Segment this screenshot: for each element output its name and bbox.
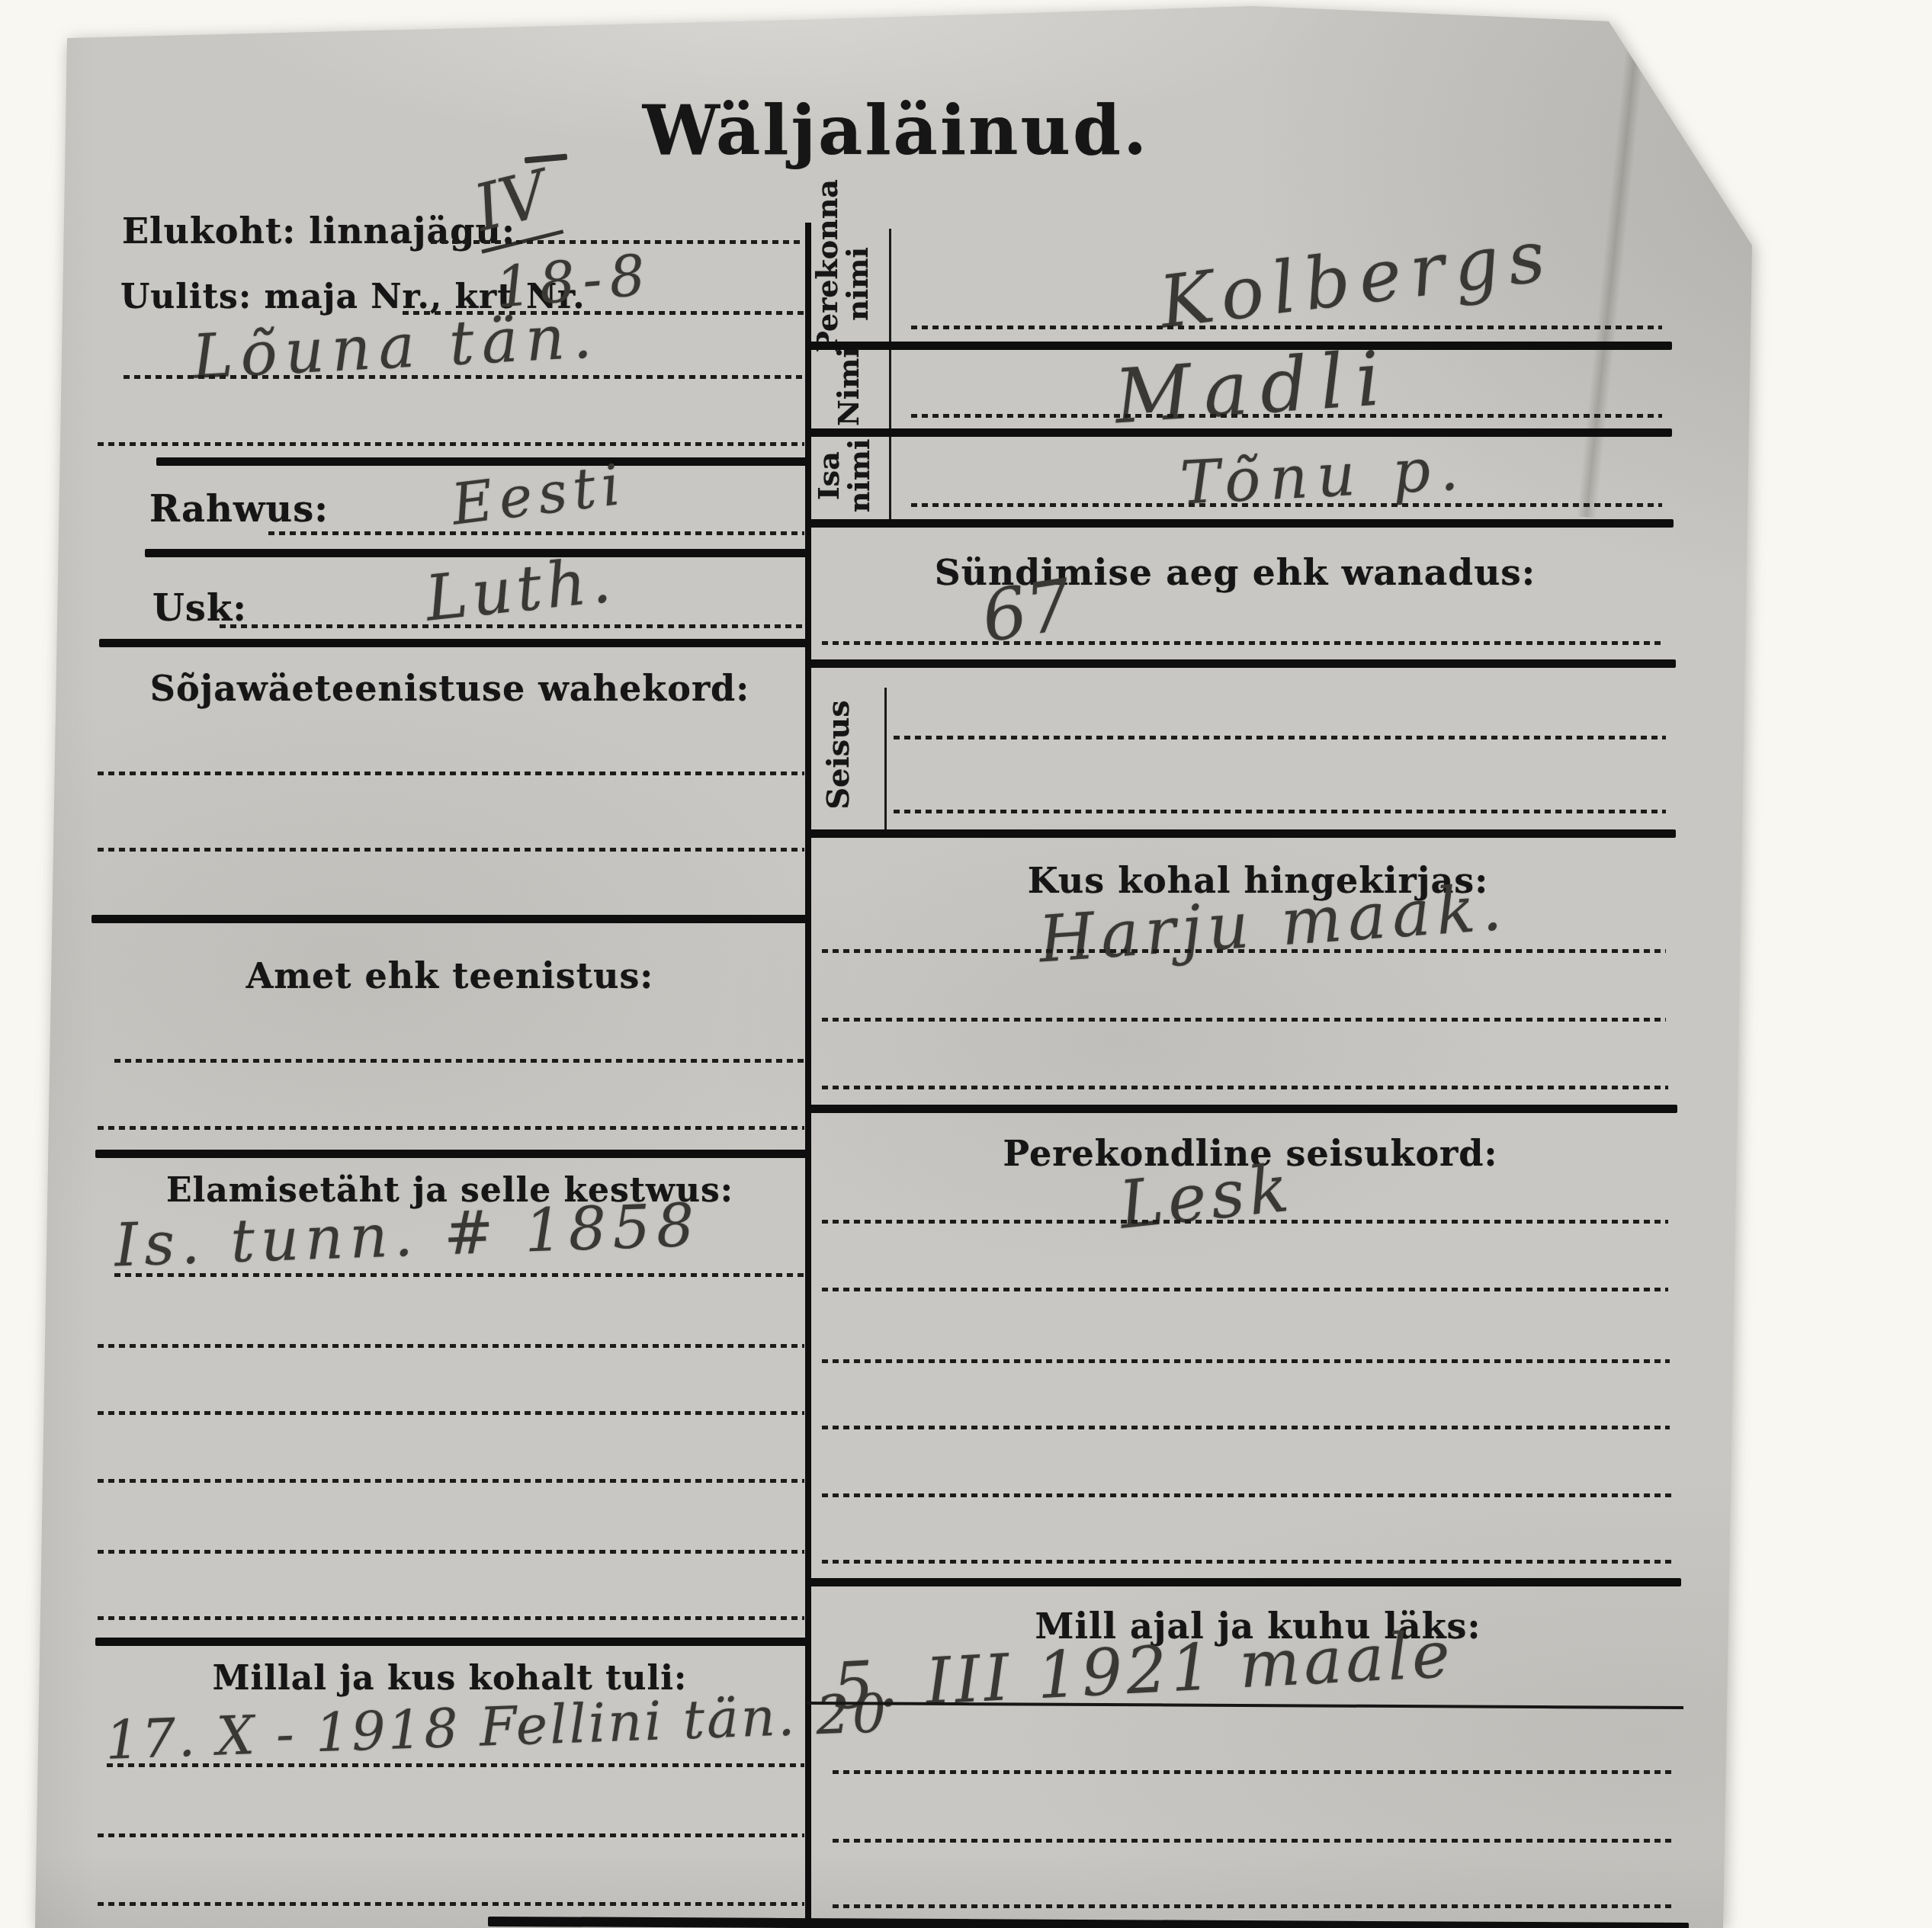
rule-line [807, 1105, 1677, 1113]
dotted-line [114, 1059, 804, 1063]
residence-label: Elukoht: linnajägu: [122, 210, 515, 252]
dotted-line [98, 1126, 804, 1130]
dotted-line [98, 1616, 804, 1620]
dotted-line [98, 1550, 804, 1554]
rule-line [807, 1578, 1681, 1586]
dotted-line [822, 1560, 1671, 1564]
dotted-line [268, 531, 804, 535]
dotted-line [822, 641, 1664, 645]
form-title: Wäljaläinud. [534, 90, 1258, 171]
dotted-line [894, 736, 1666, 739]
rule-line [99, 639, 810, 647]
scanned-document: Wäljaläinud. Elukoht: linnajägu: IV Uuli… [0, 0, 1932, 1928]
rule-line [145, 549, 810, 557]
father-label: Isa nimi [814, 434, 884, 518]
rule-line [95, 1638, 810, 1646]
military-header: Sõjawäeteenistuse wahekord: [137, 668, 762, 709]
dotted-line [911, 326, 1662, 329]
rule-line [807, 829, 1676, 838]
occupation-header: Amet ehk teenistus: [137, 955, 762, 996]
dotted-line [431, 240, 804, 244]
dotted-line [911, 503, 1662, 507]
dotted-line [822, 1018, 1666, 1022]
dotted-line [894, 810, 1666, 813]
religion-label: Usk: [152, 587, 247, 630]
paper-sheet: Wäljaläinud. Elukoht: linnajägu: IV Uuli… [0, 0, 1932, 1928]
paper-wrap: Wäljaläinud. Elukoht: linnajägu: IV Uuli… [0, 0, 1932, 1928]
dotted-line [822, 1493, 1671, 1497]
dotted-line [98, 1411, 804, 1415]
rule-line [91, 915, 810, 923]
dotted-line [911, 414, 1662, 418]
rule-line [807, 659, 1676, 668]
dotted-line [124, 375, 804, 379]
dotted-line [833, 1839, 1671, 1843]
dotted-line [98, 848, 804, 852]
estate-label: Seisus [823, 690, 859, 820]
dotted-line [98, 1902, 804, 1906]
dotted-line [98, 1833, 804, 1837]
rule-line [807, 519, 1674, 528]
column-divider [805, 223, 811, 1928]
estate-label-divider [884, 688, 887, 829]
rule-line [95, 1150, 810, 1158]
dotted-line [822, 1288, 1668, 1291]
dotted-line [822, 1220, 1668, 1224]
dotted-line [98, 442, 804, 446]
name-label-divider [889, 229, 891, 525]
firstname-value: Madli [1112, 335, 1394, 441]
dotted-line [833, 1770, 1671, 1774]
religion-value: Luth. [422, 544, 619, 636]
birth-header: Sündimise aeg ehk wanadus: [854, 552, 1616, 594]
dotted-line [220, 624, 804, 628]
dotted-line [107, 1763, 804, 1767]
dotted-line [822, 1086, 1668, 1089]
firstname-label: Nimi [833, 337, 871, 436]
dotted-line [98, 1344, 804, 1348]
rule-line [807, 428, 1672, 437]
dotted-line [98, 1479, 804, 1483]
dotted-line [822, 1359, 1670, 1363]
dotted-line [98, 772, 804, 775]
rule-line [156, 457, 810, 466]
dotted-line [114, 1273, 804, 1277]
dotted-line [822, 1426, 1670, 1429]
nationality-label: Rahwus: [149, 488, 329, 531]
rule-line [488, 1917, 1689, 1928]
dotted-line [822, 949, 1666, 953]
surname-label: Perekonna nimi [812, 216, 884, 353]
dotted-line [833, 1904, 1671, 1908]
paper-crease [1577, 46, 1646, 518]
